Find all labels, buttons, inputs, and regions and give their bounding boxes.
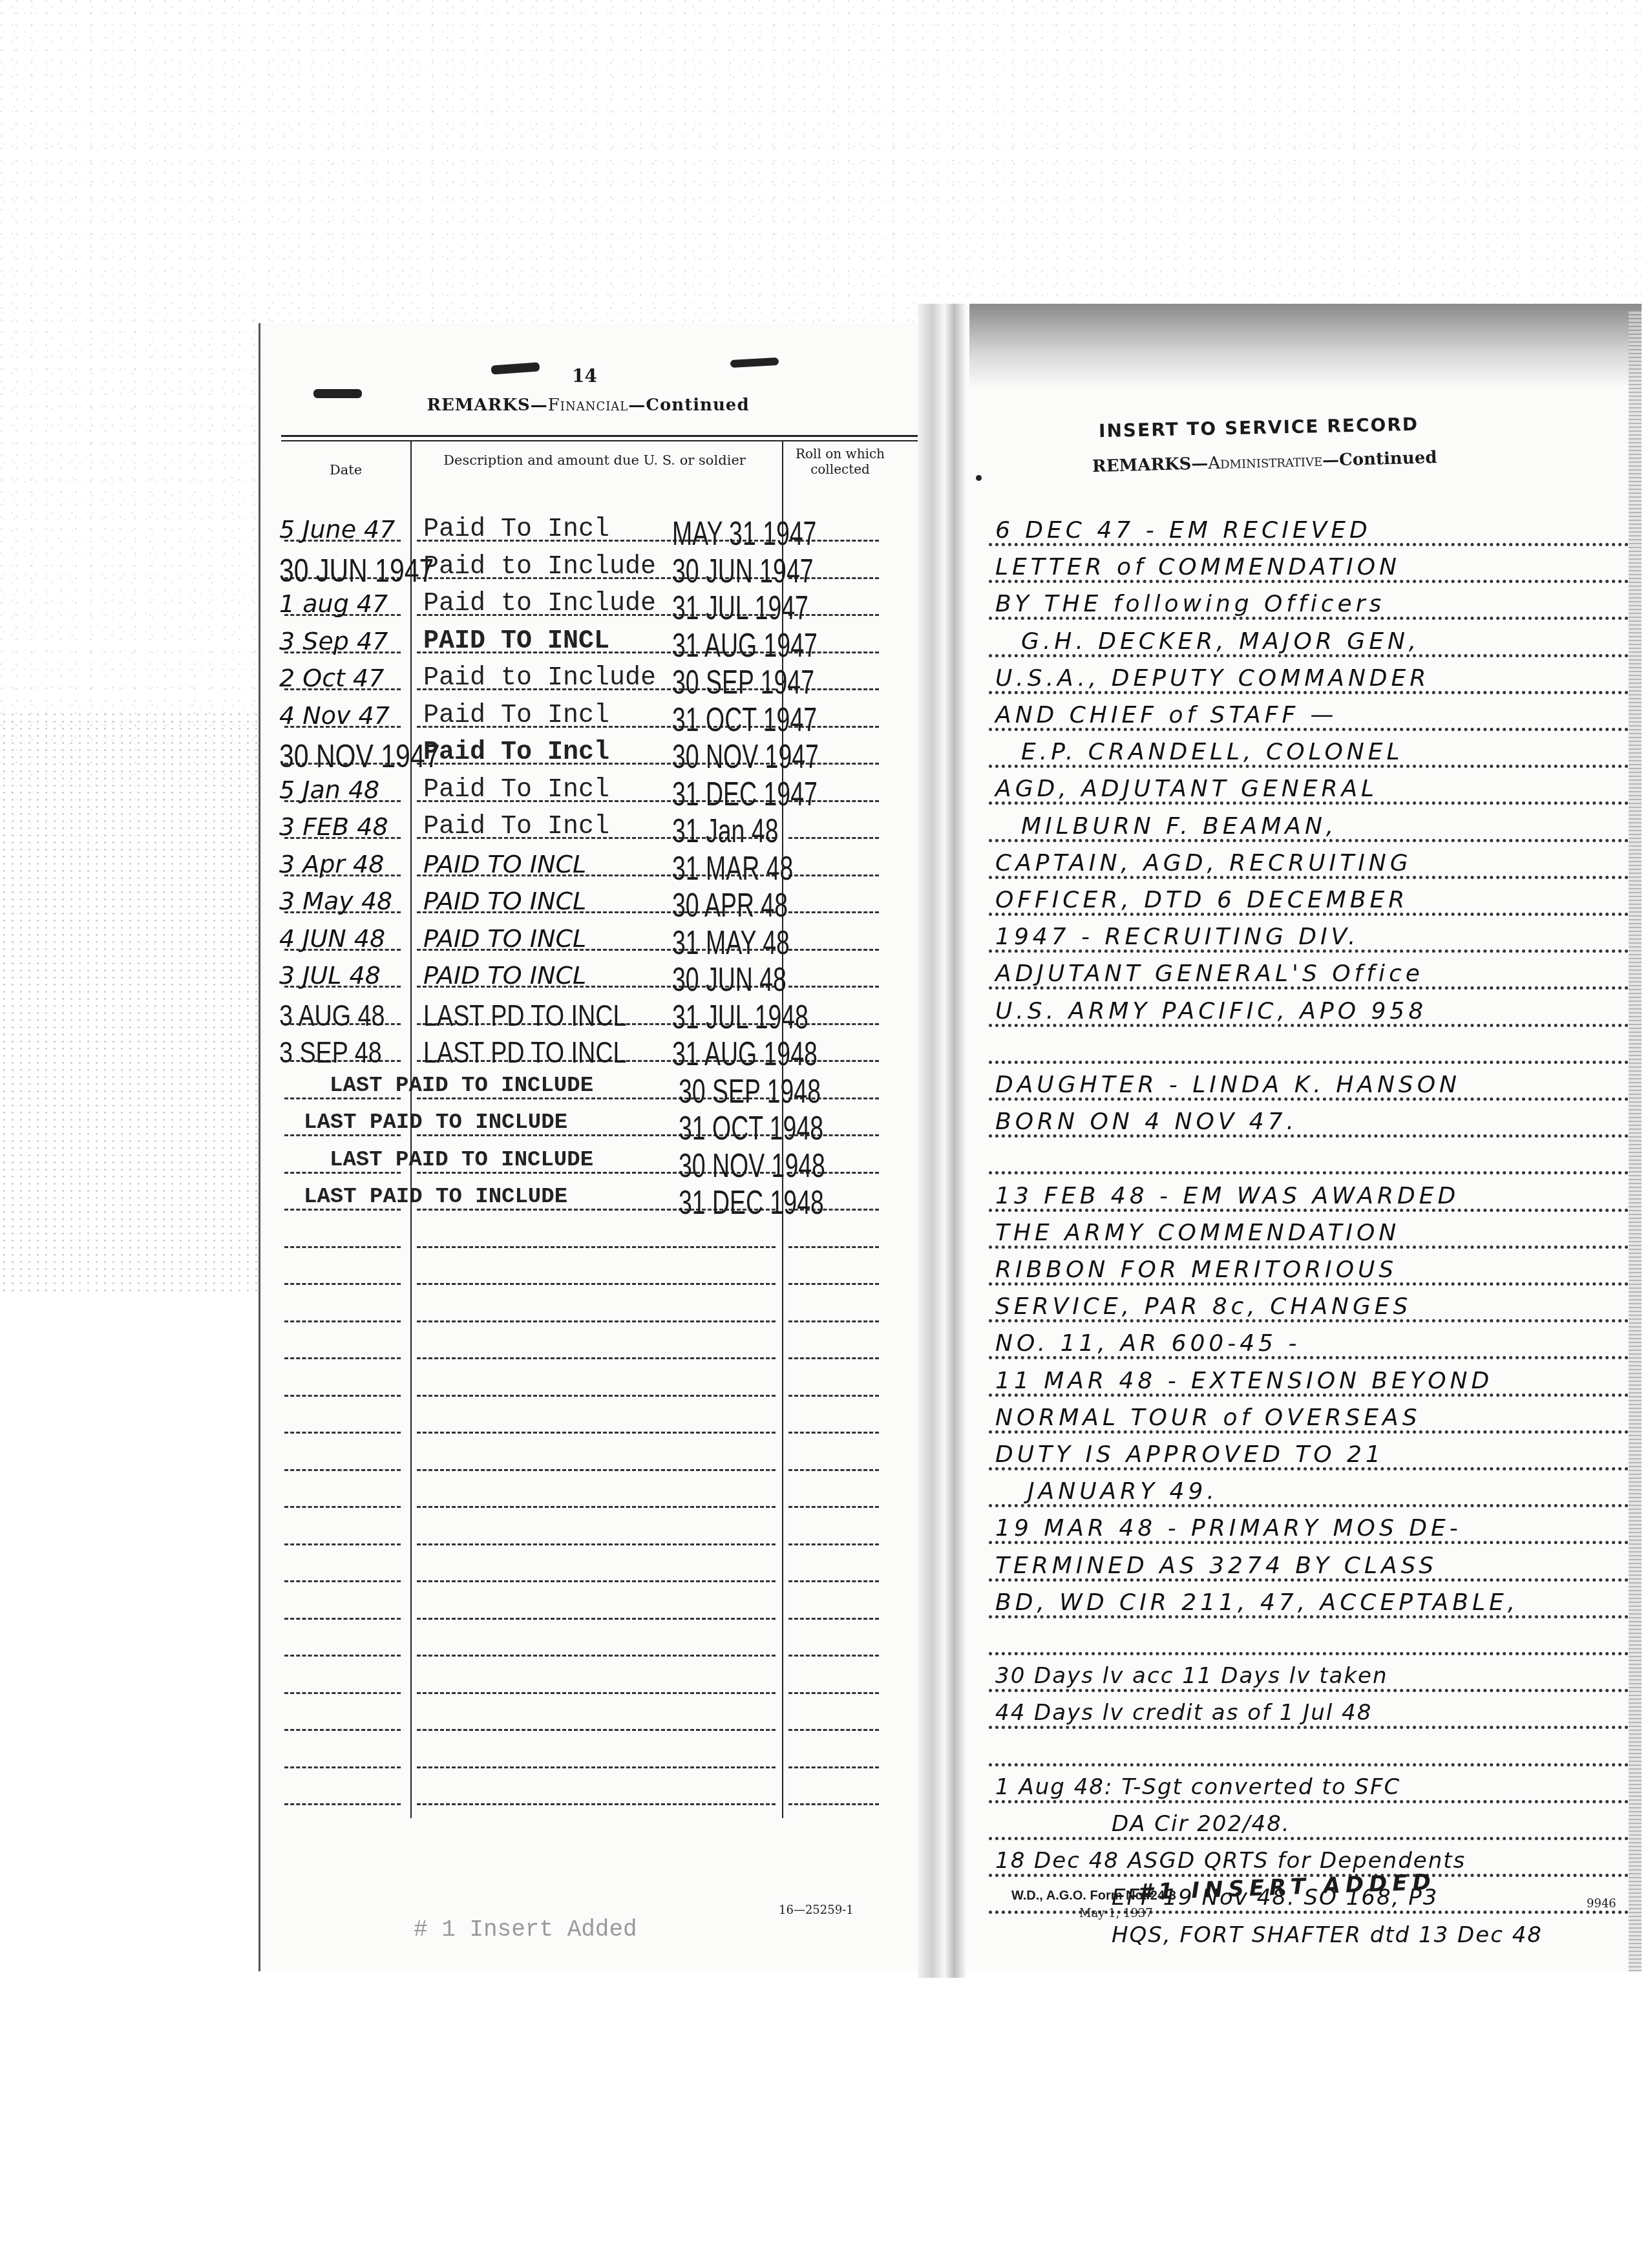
- ruled-line: [284, 1729, 401, 1731]
- entry-description: LAST PAID TO INCLUDE: [304, 1112, 567, 1134]
- entry-date: 30 JUN 1947: [279, 555, 434, 587]
- entry-description: Paid To Incl: [423, 814, 609, 840]
- administrative-entry-line: U.S. ARMY PACIFIC, APO 958: [995, 998, 1427, 1024]
- ruled-line: [788, 1469, 879, 1471]
- ruled-line: [284, 1543, 401, 1545]
- ruled-line: [417, 1618, 776, 1620]
- administrative-entry-line: DA Cir 202/48.: [1112, 1811, 1291, 1837]
- ruled-line: [788, 949, 879, 951]
- column-header-date: Date: [284, 462, 407, 478]
- ruled-line: [788, 1543, 879, 1545]
- administrative-entry-line: SERVICE, PAR 8c, CHANGES: [995, 1293, 1411, 1320]
- ruled-line: [417, 1357, 776, 1359]
- entry-description: PAID TO INCL: [423, 852, 586, 876]
- entry-date: 1 aug 47: [279, 591, 388, 616]
- ruled-line: [284, 1618, 401, 1620]
- entry-description: PAID TO INCL: [423, 889, 586, 913]
- ruled-line: [284, 1395, 401, 1397]
- ruled-line: [284, 1766, 401, 1768]
- ruled-line: [417, 1803, 776, 1805]
- administrative-entry-line: DUTY IS APPROVED TO 21: [995, 1441, 1384, 1468]
- entry-date: 4 Nov 47: [279, 703, 390, 728]
- print-code: 16—25259-1: [779, 1903, 854, 1917]
- administrative-entry-line: E.P. CRANDELL, COLONEL: [1021, 739, 1404, 765]
- header-rule-2: [281, 440, 918, 441]
- entry-date: 3 SEP 48: [279, 1037, 382, 1067]
- ruled-line: [788, 1283, 879, 1285]
- title-prefix: REMARKS—: [427, 396, 547, 415]
- ruled-line: [788, 1580, 879, 1582]
- entry-date: 30 NOV 1947: [279, 740, 439, 772]
- entry-paid-through: 31 JUL 1947: [672, 591, 808, 625]
- administrative-entry-line: 11 MAR 48 - EXTENSION BEYOND: [995, 1368, 1493, 1394]
- ruled-line: [788, 1729, 879, 1731]
- administrative-entry-line: BY THE following Officers: [995, 591, 1385, 617]
- entry-description: LAST PD TO INCL: [423, 1037, 626, 1067]
- administrative-entry-line: HQS, FORT SHAFTER dtd 13 Dec 48: [1112, 1922, 1543, 1948]
- administrative-entry-line: OFFICER, DTD 6 DECEMBER: [995, 887, 1408, 913]
- ruled-line: [788, 874, 879, 876]
- administrative-entry-line: NORMAL TOUR of OVERSEAS: [995, 1404, 1421, 1431]
- ruled-line: [417, 1655, 776, 1657]
- entry-description: PAID TO INCL: [423, 629, 609, 655]
- administrative-entry-line: JANUARY 49.: [1028, 1478, 1218, 1505]
- administrative-entry-line: DAUGHTER - LINDA K. HANSON: [995, 1072, 1461, 1098]
- ruled-line: [417, 1432, 776, 1434]
- book-gutter: [918, 304, 966, 1978]
- ruled-line: [788, 1432, 879, 1434]
- administrative-entry-line: ADJUTANT GENERAL'S Office: [995, 960, 1424, 987]
- administrative-entry-line: G.H. DECKER, MAJOR GEN,: [1021, 628, 1420, 655]
- title-suffix: —Continued: [1322, 448, 1437, 471]
- administrative-entry-line: LETTER of COMMENDATION: [995, 554, 1400, 580]
- entry-paid-through: 31 OCT 1948: [679, 1112, 823, 1145]
- ruled-line: [284, 1432, 401, 1434]
- financial-remarks-title: REMARKS—Financial—Continued: [259, 396, 918, 415]
- ruled-line: [417, 1729, 776, 1731]
- ruled-line: [989, 1763, 1629, 1766]
- ruled-line: [989, 1726, 1629, 1729]
- entry-paid-through: 30 NOV 1947: [672, 740, 819, 774]
- ruled-line: [788, 1655, 879, 1657]
- ruled-line: [788, 1320, 879, 1322]
- entry-paid-through: 31 DEC 1948: [679, 1186, 824, 1220]
- ruled-line: [788, 911, 879, 913]
- entry-paid-through: 31 JUL 1948: [672, 1001, 808, 1034]
- entry-date: 5 June 47: [279, 517, 395, 542]
- ruled-line: [788, 1246, 879, 1248]
- administrative-entry-line: BD, WD CIR 211, 47, ACCEPTABLE,: [995, 1589, 1519, 1616]
- entry-description: LAST PAID TO INCLUDE: [330, 1149, 593, 1171]
- ruled-line: [417, 1580, 776, 1582]
- entry-paid-through: 31 MAY 48: [672, 926, 790, 960]
- entry-description: LAST PAID TO INCLUDE: [304, 1186, 567, 1208]
- ruled-line: [417, 1469, 776, 1471]
- entry-date: 3 JUL 48: [279, 963, 381, 988]
- entry-paid-through: 30 SEP 1947: [672, 666, 814, 699]
- entry-paid-through: 30 SEP 1948: [679, 1075, 821, 1108]
- entry-paid-through: 30 APR 48: [672, 889, 788, 922]
- administrative-entry-line: TERMINED AS 3274 BY CLASS: [995, 1553, 1437, 1579]
- ruled-line: [417, 1283, 776, 1285]
- ruled-line: [417, 1246, 776, 1248]
- entry-description: PAID TO INCL: [423, 963, 586, 988]
- page-fold-shadow: [969, 304, 1642, 388]
- ruled-line: [989, 1171, 1629, 1174]
- entry-date: 4 JUN 48: [279, 926, 385, 951]
- ruled-line: [417, 1766, 776, 1768]
- administrative-entry-line: 1 Aug 48: T-Sgt converted to SFC: [995, 1774, 1400, 1800]
- administrative-entry-line: AND CHIEF of STAFF —: [995, 702, 1338, 728]
- ruled-line: [788, 1766, 879, 1768]
- entry-paid-through: 31 DEC 1947: [672, 778, 818, 811]
- title-prefix: REMARKS—: [1092, 454, 1209, 476]
- ruled-line: [284, 1506, 401, 1508]
- administrative-entry-line: AGD, ADJUTANT GENERAL: [995, 776, 1378, 802]
- entry-description: LAST PD TO INCL: [423, 1001, 626, 1030]
- administrative-entry-line: MILBURN F. BEAMAN,: [1021, 813, 1337, 840]
- ruled-line: [284, 1469, 401, 1471]
- entry-description: Paid To Incl: [423, 740, 609, 766]
- print-number: 9946: [1587, 1897, 1616, 1911]
- ruled-line: [788, 1692, 879, 1694]
- entry-description: PAID TO INCL: [423, 926, 586, 951]
- ruled-line: [989, 1652, 1629, 1655]
- ruled-line: [989, 1837, 1629, 1840]
- entry-date: 2 Oct 47: [279, 666, 384, 690]
- administrative-entry-line: RIBBON FOR MERITORIOUS: [995, 1256, 1397, 1283]
- administrative-entry-line: CAPTAIN, AGD, RECRUITING: [995, 850, 1412, 876]
- ruled-line: [284, 1803, 401, 1805]
- punch-hole: [976, 475, 982, 481]
- title-suffix: —Continued: [628, 396, 749, 415]
- entry-date: 3 Apr 48: [279, 852, 384, 876]
- page-edge: [1629, 310, 1642, 1971]
- entry-description: Paid to Include: [423, 591, 656, 617]
- entry-paid-through: 31 MAR 48: [672, 852, 793, 885]
- ruled-line: [788, 1506, 879, 1508]
- ruled-line: [284, 1320, 401, 1322]
- administrative-entry-line: 13 FEB 48 - EM WAS AWARDED: [995, 1183, 1459, 1209]
- ruled-line: [417, 1506, 776, 1508]
- administrative-entry-line: 1947 - RECRUITING DIV.: [995, 924, 1360, 950]
- scan-noise-left: [0, 711, 271, 1293]
- entry-date: 3 May 48: [279, 889, 392, 913]
- title-section: Administrative: [1208, 451, 1323, 474]
- entry-description: Paid to Include: [423, 555, 656, 580]
- title-section: Financial: [548, 396, 628, 415]
- ruled-line: [284, 1655, 401, 1657]
- entry-paid-through: 30 JUN 48: [672, 963, 787, 997]
- entry-paid-through: MAY 31 1947: [672, 517, 816, 551]
- ruled-line: [989, 1689, 1629, 1692]
- administrative-entry-line: BORN ON 4 NOV 47.: [995, 1108, 1298, 1135]
- ruled-line: [788, 1803, 879, 1805]
- ruled-line: [788, 1395, 879, 1397]
- ruled-line: [417, 1395, 776, 1397]
- entry-paid-through: 31 AUG 1948: [672, 1037, 818, 1071]
- column-header-description: Description and amount due U. S. or sold…: [427, 452, 763, 468]
- ruled-line: [989, 1061, 1629, 1064]
- administrative-entry-line: 44 Days lv credit as of 1 Jul 48: [995, 1700, 1372, 1726]
- ruled-line: [788, 1357, 879, 1359]
- ruled-line: [284, 1246, 401, 1248]
- ruled-line: [417, 1320, 776, 1322]
- ruled-line: [284, 1283, 401, 1285]
- ruled-line: [788, 1618, 879, 1620]
- entry-date: 5 Jan 48: [279, 778, 379, 802]
- ruled-line: [989, 1800, 1629, 1803]
- entry-description: Paid To Incl: [423, 778, 609, 803]
- header-rule: [281, 435, 918, 437]
- form-date: May 1, 1937: [1079, 1907, 1153, 1920]
- administrative-entry-line: 30 Days lv acc 11 Days lv taken: [995, 1663, 1388, 1689]
- entry-description: Paid To Incl: [423, 517, 609, 543]
- ruled-line: [788, 986, 879, 988]
- administrative-entry-line: NO. 11, AR 600-45 -: [995, 1330, 1300, 1357]
- page-number: 14: [572, 365, 597, 387]
- ruled-line: [417, 1543, 776, 1545]
- entry-paid-through: 31 OCT 1947: [672, 703, 817, 737]
- administrative-entry-line: 19 MAR 48 - PRIMARY MOS DE-: [995, 1515, 1462, 1542]
- entry-paid-through: 31 AUG 1947: [672, 629, 818, 662]
- ruled-line: [284, 1580, 401, 1582]
- column-header-roll: Roll on which collected: [792, 446, 889, 477]
- entry-date: 3 AUG 48: [279, 1001, 385, 1030]
- ruled-line: [284, 1692, 401, 1694]
- entry-date: 3 FEB 48: [279, 814, 388, 839]
- entry-description: Paid to Include: [423, 666, 656, 692]
- ruled-line: [284, 1357, 401, 1359]
- entry-paid-through: 30 NOV 1948: [679, 1149, 825, 1183]
- entry-paid-through: 31 Jan 48: [672, 814, 778, 848]
- ruled-line: [417, 1692, 776, 1694]
- administrative-entry-line: 6 DEC 47 - EM RECIEVED: [995, 517, 1371, 544]
- entry-description: Paid To Incl: [423, 703, 609, 729]
- entry-description: LAST PAID TO INCLUDE: [330, 1075, 593, 1097]
- entry-date: 3 Sep 47: [279, 629, 388, 653]
- administrative-entry-line: U.S.A., DEPUTY COMMANDER: [995, 665, 1430, 692]
- administrative-entry-line: THE ARMY COMMENDATION: [995, 1220, 1400, 1246]
- entry-paid-through: 30 JUN 1947: [672, 555, 814, 588]
- ruled-line: [788, 837, 879, 839]
- insert-added-note: # 1 Insert Added: [414, 1916, 637, 1943]
